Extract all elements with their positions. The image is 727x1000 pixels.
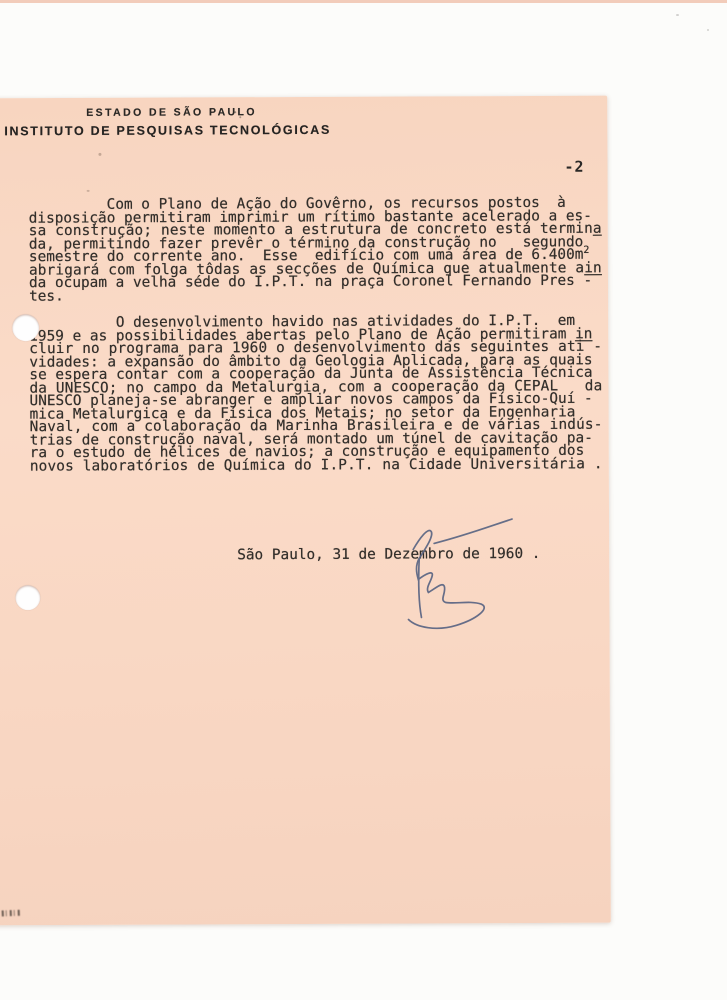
dateline: São Paulo, 31 de Dezembro de 1960 . [237,546,540,563]
paragraph-1: Com o Plano de Ação do Govêrno, os recur… [29,197,607,304]
text-line: trias de construção naval, será montado … [30,432,608,448]
signature-ink [378,509,529,670]
scanned-document-view: { "doc": { "letterhead": { "line1": "EST… [0,0,727,1000]
text-line: tes. [29,288,607,304]
corner-smudge [0,910,20,917]
text-line: da UNESCO; no campo da Metalurgia, com a… [29,380,607,396]
underlined-segment: in [584,260,602,276]
paragraph-2: O desenvolvimento havido nas atividades … [29,315,608,474]
letterhead-state-line: ESTADO DE SÃO PAULO [86,106,257,119]
staple-mark [87,190,90,192]
hole-punch [15,585,40,610]
text-line: vidades: a expansão do âmbito da Geologi… [29,354,607,370]
ink-speck [234,111,236,113]
staple-mark [98,153,101,156]
scan-dust-speck [707,29,709,31]
text-line: da, permitindo fazer prevêr o término da… [29,236,607,252]
text-line: abrigará com folga tôdas as secções de Q… [29,262,607,278]
page-number: -2 [564,158,584,176]
document-page: ESTADO DE SÃO PAULO INSTITUTO DE PESQUIS… [0,96,611,926]
scanner-edge-strip [0,0,727,3]
letterhead-institute-name: INSTITUTO DE PESQUISAS TECNOLÓGICAS [4,123,331,138]
underlined-segment: in [575,326,592,342]
text-segment: 1959 e as possibilidades abertas pelo Pl… [29,326,575,344]
text-line: mica Metalurgica e da Física dos Metais;… [30,406,608,422]
hole-punch [12,314,39,341]
text-line: novos laboratórios de Química do I.P.T. … [30,458,608,474]
text-line: 1959 e as possibilidades abertas pelo Pl… [29,328,607,344]
ink-speck [239,116,241,118]
scan-dust-speck [676,14,679,16]
text-segment: abrigará com folga tôdas as secções de Q… [29,260,584,278]
text-line: disposição permitiram imprimir um rítimo… [29,210,607,226]
